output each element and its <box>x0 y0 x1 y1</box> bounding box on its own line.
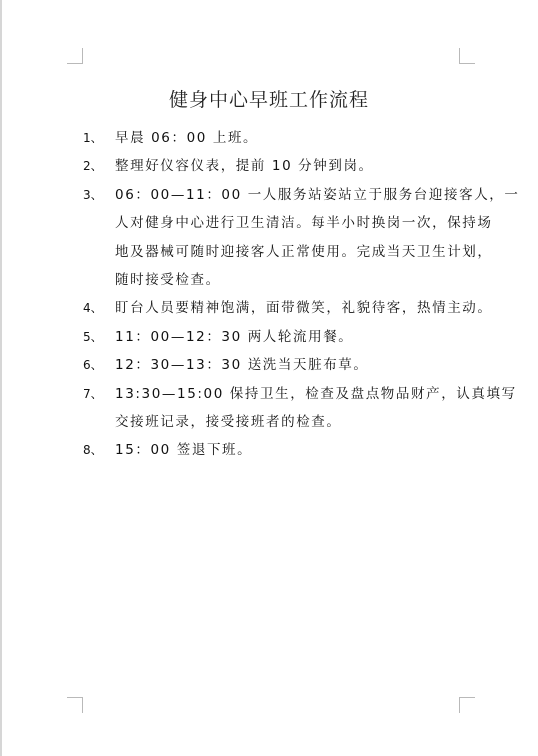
crop-mark-bottom-left <box>67 697 83 713</box>
list-item: 6、 12：30—13：30 送洗当天脏布草。 <box>83 351 473 379</box>
item-text: 13:30—15:00 保持卫生，检查及盘点物品财产，认真填写 交接班记录，接受… <box>115 380 467 437</box>
item-line: 13:30—15:00 保持卫生，检查及盘点物品财产，认真填写 <box>115 380 467 408</box>
document-title: 健身中心早班工作流程 <box>0 88 538 112</box>
page-left-edge <box>0 0 2 756</box>
item-text: 整理好仪容仪表，提前 10 分钟到岗。 <box>115 152 467 180</box>
list-item: 5、 11：00—12：30 两人轮流用餐。 <box>83 323 473 351</box>
crop-mark-top-right <box>459 48 475 64</box>
list-item: 7、 13:30—15:00 保持卫生，检查及盘点物品财产，认真填写 交接班记录… <box>83 380 473 437</box>
crop-mark-bottom-right <box>459 697 475 713</box>
item-number: 8、 <box>83 436 115 464</box>
item-number: 4、 <box>83 294 115 322</box>
item-line: 早晨 06：00 上班。 <box>115 124 467 152</box>
crop-mark-top-left <box>67 48 83 64</box>
list-item: 3、 06：00—11：00 一人服务站姿站立于服务台迎接客人，一 人对健身中心… <box>83 181 473 295</box>
item-number: 2、 <box>83 152 115 180</box>
item-text: 早晨 06：00 上班。 <box>115 124 467 152</box>
item-line: 盯台人员要精神饱满，面带微笑，礼貌待客，热情主动。 <box>115 294 467 322</box>
list-item: 8、 15：00 签退下班。 <box>83 436 473 464</box>
item-number: 1、 <box>83 124 115 152</box>
item-line: 随时接受检查。 <box>115 266 467 294</box>
list-item: 1、 早晨 06：00 上班。 <box>83 124 473 152</box>
item-text: 11：00—12：30 两人轮流用餐。 <box>115 323 467 351</box>
item-line: 交接班记录，接受接班者的检查。 <box>115 408 467 436</box>
item-line: 11：00—12：30 两人轮流用餐。 <box>115 323 467 351</box>
item-line: 12：30—13：30 送洗当天脏布草。 <box>115 351 467 379</box>
item-number: 6、 <box>83 351 115 379</box>
item-number: 7、 <box>83 380 115 408</box>
item-number: 3、 <box>83 181 115 209</box>
item-text: 盯台人员要精神饱满，面带微笑，礼貌待客，热情主动。 <box>115 294 467 322</box>
list-item: 2、 整理好仪容仪表，提前 10 分钟到岗。 <box>83 152 473 180</box>
procedure-list: 1、 早晨 06：00 上班。 2、 整理好仪容仪表，提前 10 分钟到岗。 3… <box>83 124 473 465</box>
item-text: 06：00—11：00 一人服务站姿站立于服务台迎接客人，一 人对健身中心进行卫… <box>115 181 467 295</box>
item-number: 5、 <box>83 323 115 351</box>
item-text: 12：30—13：30 送洗当天脏布草。 <box>115 351 467 379</box>
item-line: 15：00 签退下班。 <box>115 436 467 464</box>
list-item: 4、 盯台人员要精神饱满，面带微笑，礼貌待客，热情主动。 <box>83 294 473 322</box>
item-line: 06：00—11：00 一人服务站姿站立于服务台迎接客人，一 <box>115 181 467 209</box>
item-text: 15：00 签退下班。 <box>115 436 467 464</box>
item-line: 地及器械可随时迎接客人正常使用。完成当天卫生计划， <box>115 238 467 266</box>
item-line: 整理好仪容仪表，提前 10 分钟到岗。 <box>115 152 467 180</box>
item-line: 人对健身中心进行卫生清洁。每半小时换岗一次，保持场 <box>115 209 467 237</box>
